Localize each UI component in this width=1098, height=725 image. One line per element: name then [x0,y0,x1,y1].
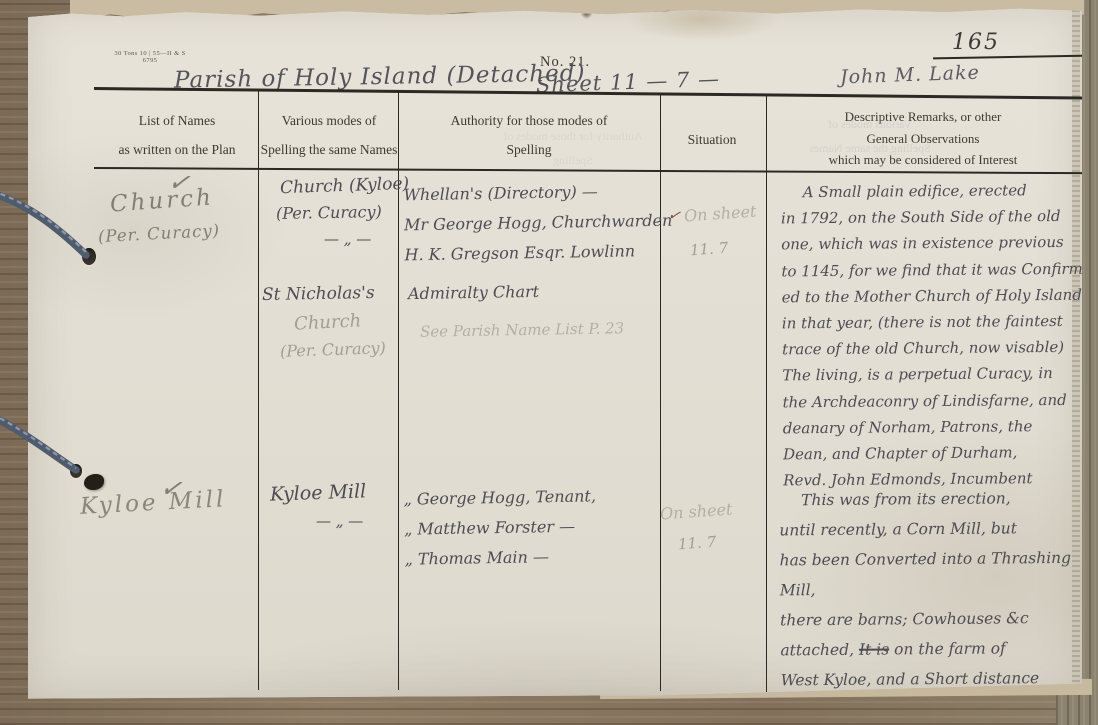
text-line: „ Thomas Main — [404,541,597,574]
spelling-church-pencil: Church [293,310,361,334]
authority-kyloe-list: „ George Hogg, Tenant,„ Matthew Forster … [403,481,597,574]
text-line: one, which was in existence previous [781,229,1097,258]
strike-post-text: on the farm of [889,639,1006,658]
column-divider-4 [766,94,767,692]
text-line: ed to the Mother Church of Holy Island [782,281,1098,310]
ledger-page: 30 Tons 10 | 55—II & S 6795 No. 21. Pari… [28,6,1082,700]
text-line: in that year, (there is not the faintest [782,308,1098,337]
text-line: the Archdeaconry of Lindisfarne, and [782,386,1098,415]
page-number-underline [933,55,1085,59]
ditto-mark: — „ — [324,230,371,248]
text-line: to 1145, for we find that it was Confirm… [781,255,1097,284]
text-line: northwest of the farmhouse — [781,693,1098,725]
situation-sheet-ref: On sheet [659,499,733,523]
strike-pre-text: attached, [780,641,859,660]
scanned-ledger-photo: { "page": { "number": "165", "print_code… [0,0,1098,725]
spelling-per-curacy-pencil: (Per. Curacy) [280,338,386,361]
printers-code-line2: 6795 [100,57,200,64]
text-line: Whellan's (Directory) — [403,176,672,211]
text-line: The living, is a perpetual Curacy, in [782,360,1098,389]
text-line: „ George Hogg, Tenant, [403,481,596,514]
binding-hole [70,464,82,478]
text-line: Authority for those modes of [424,106,634,135]
text-line: Various modes of [240,106,418,135]
text-line: General Observations [772,128,1074,150]
column-header-authority: Authority for those modes ofSpelling [424,106,634,164]
text-line: Spelling [424,135,634,164]
text-line: This was from its erection, [779,483,1098,516]
text-line: Mr George Hogg, Churchwarden [404,206,673,241]
remarks-line-with-strikethrough: attached, It is on the farm of [780,633,1098,666]
text-line: deanary of Norham, Patrons, the [783,412,1098,441]
remarks-kyloe-part-b: West Kyloe, and a Short distancenorthwes… [781,663,1098,725]
spelling-st-nicholas: St Nicholas's [262,283,375,305]
situation-sheet-ref: On sheet [683,201,757,225]
authority-admiralty-chart: Admiralty Chart [408,282,539,303]
spelling-church-kyloe: Church (Kyloe) [280,174,410,198]
authority-parish-name-list-note: See Parish Name List P. 23 [420,319,624,341]
spelling-per-curacy: (Per. Curacy) [276,202,382,223]
remarks-kyloe-mill: This was from its erection,until recentl… [779,483,1098,725]
entry-name-kyloe-mill: Kyloe Mill [79,486,227,520]
printers-code-line1: 30 Tons 10 | 55—II & S [100,50,200,57]
situation-sheet-number: 11. 7 [677,533,716,554]
text-line: „ Matthew Forster — [404,511,597,544]
situation-check-mark: ✓ [666,205,682,225]
text-line: A Small plain edifice, erected [781,177,1097,206]
text-line: which may be considered of Interest [772,149,1074,171]
printers-code: 30 Tons 10 | 55—II & S 6795 [100,50,200,64]
struck-out-words: It is [859,640,889,658]
spelling-kyloe-mill: Kyloe Mill [270,480,367,505]
text-line: West Kyloe, and a Short distance [781,663,1098,696]
examiner-signature: John M. Lake [840,62,980,89]
column-header-remarks: Descriptive Remarks, or otherGeneral Obs… [772,106,1074,171]
text-line: trace of the old Church, now visable) [782,334,1098,363]
page-number: 165 [952,30,1000,55]
column-divider-1 [258,90,259,690]
ditto-mark: — „ — [316,512,363,530]
text-line: until recently, a Corn Mill, but [779,513,1098,546]
entry-name-church-note: (Per. Curacy) [98,221,221,246]
remarks-church: A Small plain edifice, erectedin 1792, o… [781,177,1098,494]
text-line: in 1792, on the South Side of the old [781,203,1097,232]
binding-hole [82,248,96,265]
text-line: Descriptive Remarks, or other [772,106,1074,128]
entry-name-church: Church [109,184,214,217]
column-header-spelling: Various modes ofSpelling the same Names [240,106,418,164]
text-line: has been Converted into a Thrashing Mill… [779,543,1098,606]
text-line: there are barns; Cowhouses &c [780,603,1098,636]
text-line: Dean, and Chapter of Durham, [783,439,1098,468]
authority-church-list: Whellan's (Directory) —Mr George Hogg, C… [403,176,673,271]
remarks-kyloe-part-a: This was from its erection,until recentl… [779,483,1098,636]
text-line: H. K. Gregson Esqr. Lowlinn [404,236,673,271]
column-header-situation: Situation [656,125,768,154]
situation-sheet-number: 11. 7 [689,239,728,260]
text-line: Spelling the same Names [240,135,418,164]
